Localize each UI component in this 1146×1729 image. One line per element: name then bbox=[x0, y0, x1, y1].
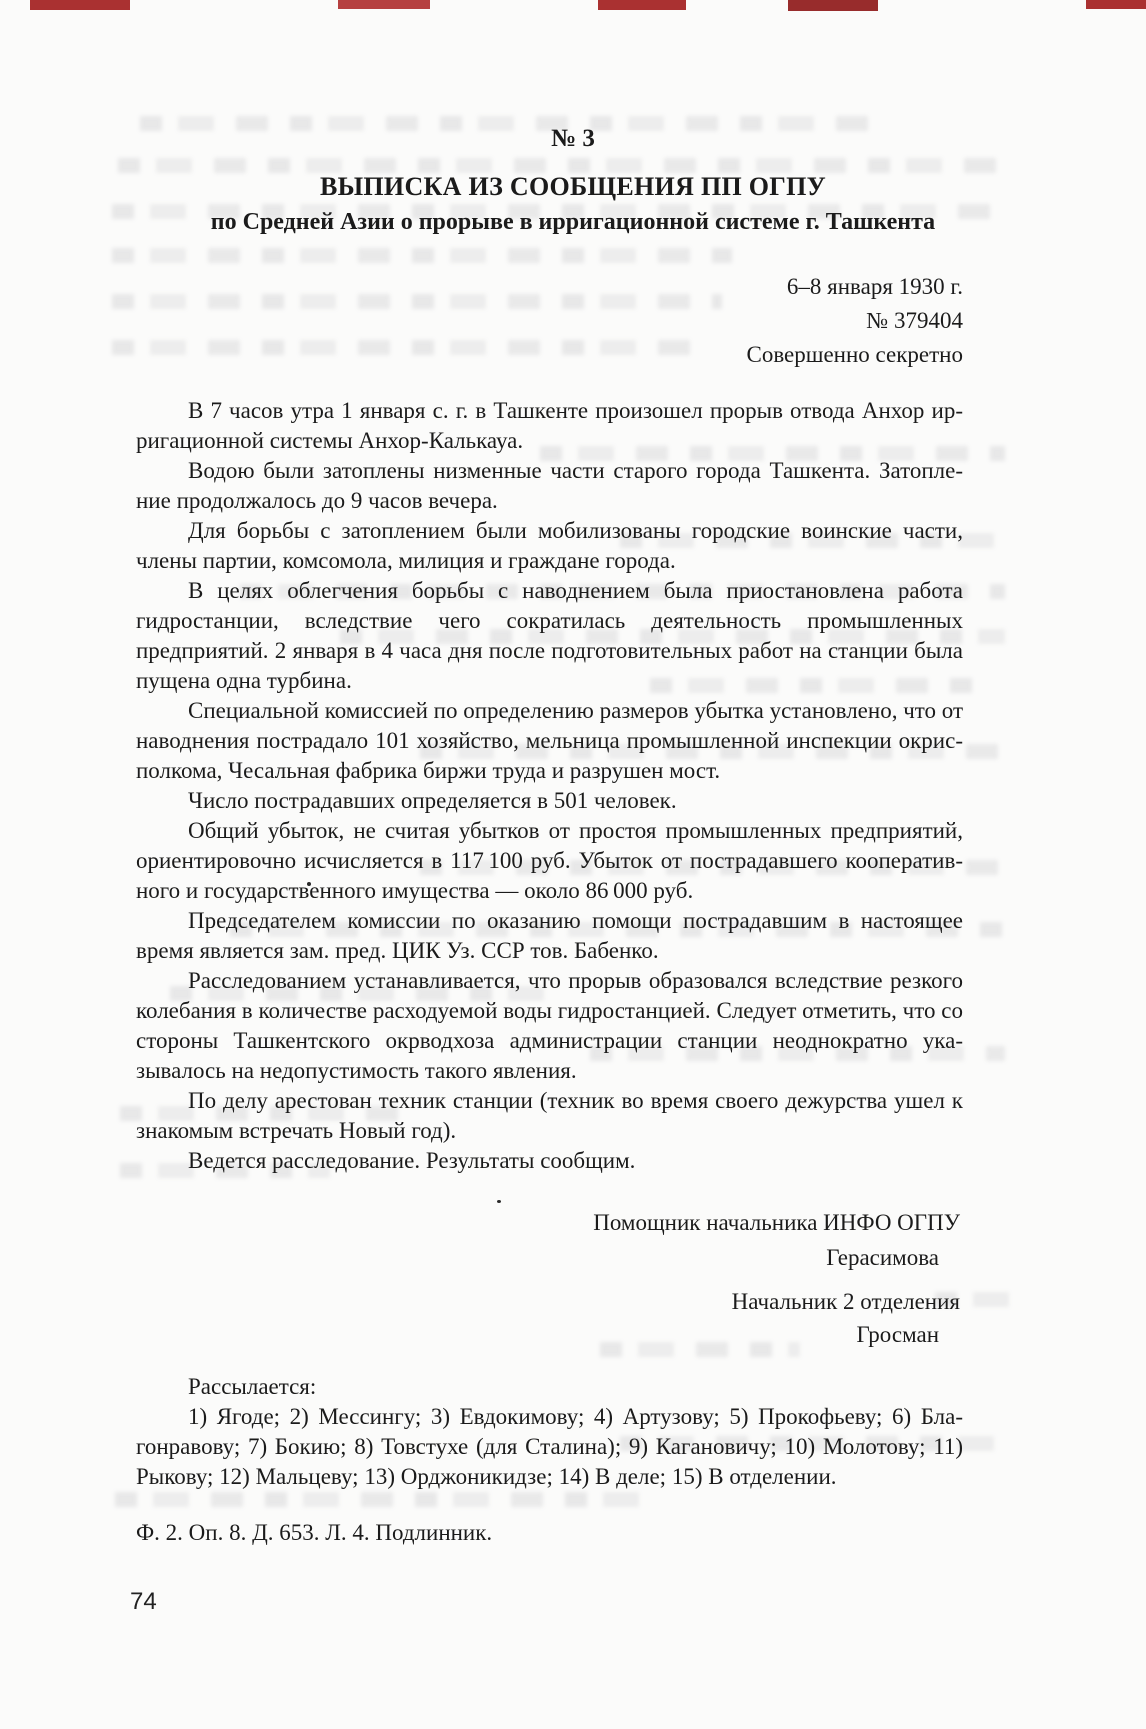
document-header: № 3 ВЫПИСКА ИЗ СООБЩЕНИЯ ПП ОГПУ по Сред… bbox=[0, 126, 1146, 235]
body-paragraph: В целях облегчения борьбы с наводнением … bbox=[136, 576, 963, 696]
signer-title: Помощник начальника ИНФО ОГПУ bbox=[593, 1205, 960, 1240]
document-title: ВЫПИСКА ИЗ СООБЩЕНИЯ ПП ОГПУ bbox=[0, 173, 1146, 201]
signer-name: Гросман bbox=[732, 1318, 960, 1351]
bleedthrough-artifact bbox=[112, 340, 712, 355]
document-number: № 3 bbox=[0, 126, 1146, 152]
signer-name: Герасимова bbox=[593, 1240, 960, 1275]
distribution-section: Рассылается: 1) Ягоде; 2) Мессингу; 3) Е… bbox=[136, 1372, 963, 1492]
distribution-list: 1) Ягоде; 2) Мессингу; 3) Евдокимову; 4)… bbox=[136, 1402, 963, 1492]
document-subtitle: по Средней Азии о прорыве в ирригационно… bbox=[0, 209, 1146, 235]
body-paragraph: Расследованием устанавливается, что прор… bbox=[136, 966, 963, 1086]
body-paragraph: По делу арестован техник станции (техник… bbox=[136, 1086, 963, 1146]
bleedthrough-artifact bbox=[112, 248, 732, 263]
body-paragraph: Число пострадавших определяется в 501 че… bbox=[136, 786, 963, 816]
signature-block-1: Помощник начальника ИНФО ОГПУ Герасимова bbox=[593, 1205, 960, 1275]
scanned-document-page: № 3 ВЫПИСКА ИЗ СООБЩЕНИЯ ПП ОГПУ по Сред… bbox=[0, 0, 1146, 1729]
distribution-label: Рассылается: bbox=[136, 1372, 963, 1402]
document-ref-number: № 379404 bbox=[746, 304, 963, 338]
scan-edge-artifact bbox=[30, 0, 130, 10]
body-paragraph: В 7 часов утра 1 января с. г. в Ташкенте… bbox=[136, 396, 963, 456]
bleedthrough-artifact bbox=[112, 294, 722, 309]
classification-stamp: Совершенно секретно bbox=[746, 338, 963, 372]
body-paragraph: Для борьбы с затоплением были мобилизова… bbox=[136, 516, 963, 576]
scan-edge-artifact bbox=[598, 0, 686, 10]
bleedthrough-artifact bbox=[115, 1492, 640, 1507]
body-paragraph: Специальной комиссией по определению раз… bbox=[136, 696, 963, 786]
body-paragraph: Ведется расследование. Результаты сообщи… bbox=[136, 1146, 963, 1176]
signature-block-2: Начальник 2 отделения Гросман bbox=[732, 1285, 960, 1351]
page-number: 74 bbox=[130, 1588, 157, 1616]
document-meta: 6–8 января 1930 г. № 379404 Совершенно с… bbox=[746, 270, 963, 372]
body-paragraph: Председателем комиссии по оказанию помощ… bbox=[136, 906, 963, 966]
scan-edge-artifact bbox=[1086, 0, 1146, 9]
body-paragraph: Общий убыток, не считая убытков от прост… bbox=[136, 816, 963, 906]
body-paragraph: Водою были затоплены низменные части ста… bbox=[136, 456, 963, 516]
ink-speck bbox=[497, 1200, 501, 1203]
scan-edge-artifact bbox=[788, 0, 878, 11]
signer-title: Начальник 2 отделения bbox=[732, 1285, 960, 1318]
document-date: 6–8 января 1930 г. bbox=[746, 270, 963, 304]
scan-edge-artifact bbox=[338, 0, 430, 9]
document-body: В 7 часов утра 1 января с. г. в Ташкенте… bbox=[136, 396, 963, 1176]
archive-reference: Ф. 2. Оп. 8. Д. 653. Л. 4. Подлинник. bbox=[136, 1519, 492, 1547]
